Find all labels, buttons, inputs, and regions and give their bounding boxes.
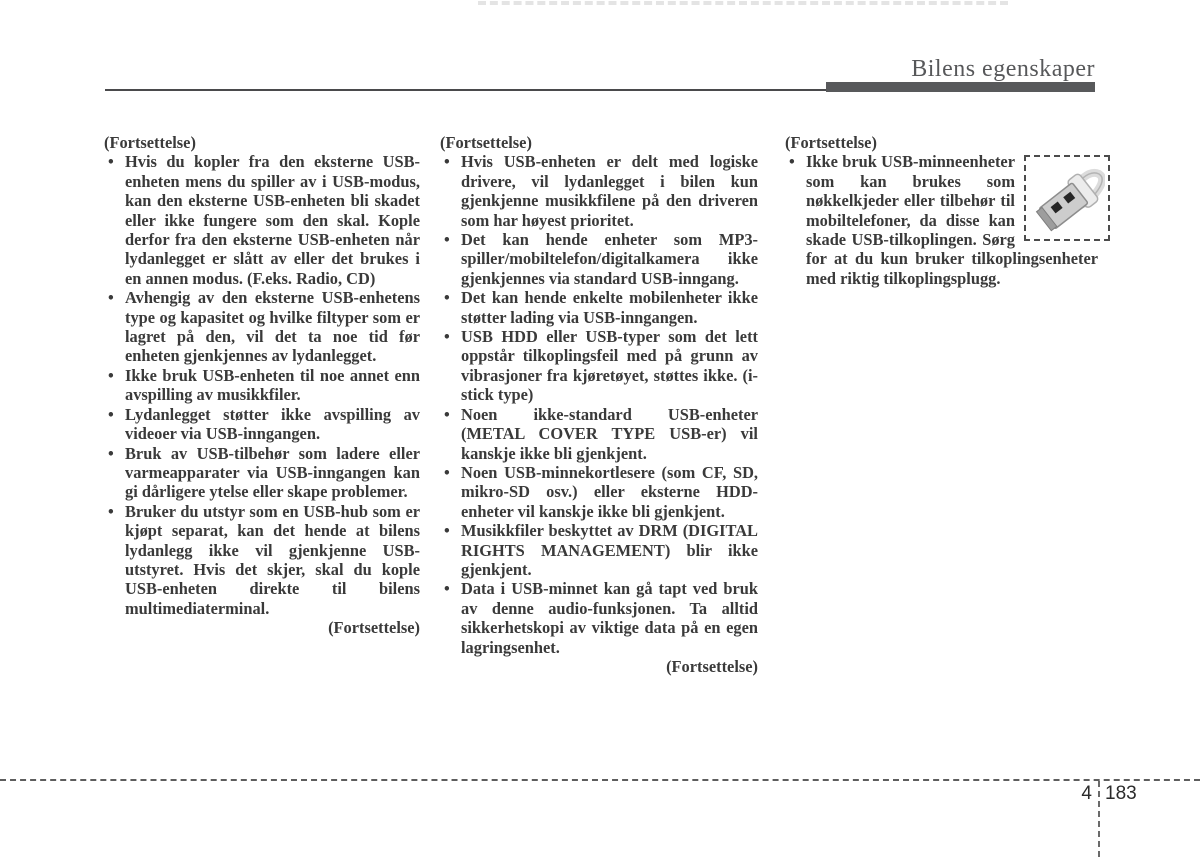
list-item: USB HDD eller USB-typer som det lett opp… — [440, 327, 758, 405]
manual-page: Bilens egenskaper (Fortsettelse) Hvis du… — [0, 0, 1200, 861]
bullet-list: Ikke bruk USB-minneenheter som kan bruke… — [785, 152, 1098, 288]
list-item-text: USB HDD eller USB-typer som det lett opp… — [461, 327, 758, 404]
usb-plug-figure — [1024, 155, 1110, 241]
footer-page-number: 183 — [1105, 783, 1137, 805]
bullet-list: Hvis du kopler fra den eksterne USB-enhe… — [104, 152, 420, 618]
continuation-label-top: (Fortsettelse) — [104, 133, 420, 152]
list-item-text: Avhengig av den eksterne USB-enhetens ty… — [125, 288, 420, 365]
list-item-text: Det kan hende enkelte mobilenheter ikke … — [461, 288, 758, 326]
list-item: Ikke bruk USB-minneenheter som kan bruke… — [785, 152, 1098, 288]
continuation-label-bottom: (Fortsettelse) — [104, 618, 420, 637]
header-accent-bar — [826, 82, 1095, 92]
list-item: Lydanlegget støtter ikke avspilling av v… — [104, 405, 420, 444]
list-item: Ikke bruk USB-enheten til noe annet enn … — [104, 366, 420, 405]
list-item: Avhengig av den eksterne USB-enhetens ty… — [104, 288, 420, 366]
list-item: Data i USB-minnet kan gå tapt ved bruk a… — [440, 579, 758, 657]
list-item-text: Data i USB-minnet kan gå tapt ved bruk a… — [461, 579, 758, 656]
list-item: Bruker du utstyr som en USB-hub som er k… — [104, 502, 420, 618]
column-2: (Fortsettelse) Hvis USB-enheten er delt … — [440, 133, 758, 676]
list-item: Noen ikke-standard USB-enheter (METAL CO… — [440, 405, 758, 463]
list-item: Noen USB-minnekortlesere (som CF, SD, mi… — [440, 463, 758, 521]
footer-section-number: 4 — [1056, 783, 1092, 805]
usb-plug-photo-icon — [1029, 160, 1105, 236]
list-item: Bruk av USB-tilbehør som ladere eller va… — [104, 444, 420, 502]
list-item-text: Noen ikke-standard USB-enheter (METAL CO… — [461, 405, 758, 463]
list-item: Hvis du kopler fra den eksterne USB-enhe… — [104, 152, 420, 288]
list-item-text: Hvis USB-enheten er delt med logiske dri… — [461, 152, 758, 229]
list-item-text: Noen USB-minnekortlesere (som CF, SD, mi… — [461, 463, 758, 521]
scan-artifact-top — [478, 1, 1008, 5]
list-item-text: Lydanlegget støtter ikke avspilling av v… — [125, 405, 420, 443]
continuation-label-top: (Fortsettelse) — [785, 133, 1098, 152]
list-item: Musikkfiler beskyttet av DRM (DIGITAL RI… — [440, 521, 758, 579]
list-item-text: Det kan hende enheter som MP3-spiller/mo… — [461, 230, 758, 288]
continuation-label-top: (Fortsettelse) — [440, 133, 758, 152]
page-title: Bilens egenskaper — [595, 56, 1095, 83]
list-item: Hvis USB-enheten er delt med logiske dri… — [440, 152, 758, 230]
column-3: (Fortsettelse) — [785, 133, 1098, 288]
list-item-text: Hvis du kopler fra den eksterne USB-enhe… — [125, 152, 420, 287]
column-1: (Fortsettelse) Hvis du kopler fra den ek… — [104, 133, 420, 638]
list-item-text: Ikke bruk USB-enheten til noe annet enn … — [125, 366, 420, 404]
list-item: Det kan hende enheter som MP3-spiller/mo… — [440, 230, 758, 288]
continuation-label-bottom: (Fortsettelse) — [440, 657, 758, 676]
list-item-text: Bruk av USB-tilbehør som ladere eller va… — [125, 444, 420, 502]
list-item-text: Bruker du utstyr som en USB-hub som er k… — [125, 502, 420, 618]
footer-divider — [1098, 781, 1100, 857]
footer-rule — [0, 779, 1200, 781]
bullet-list: Hvis USB-enheten er delt med logiske dri… — [440, 152, 758, 657]
list-item: Det kan hende enkelte mobilenheter ikke … — [440, 288, 758, 327]
list-item-text: Musikkfiler beskyttet av DRM (DIGITAL RI… — [461, 521, 758, 579]
